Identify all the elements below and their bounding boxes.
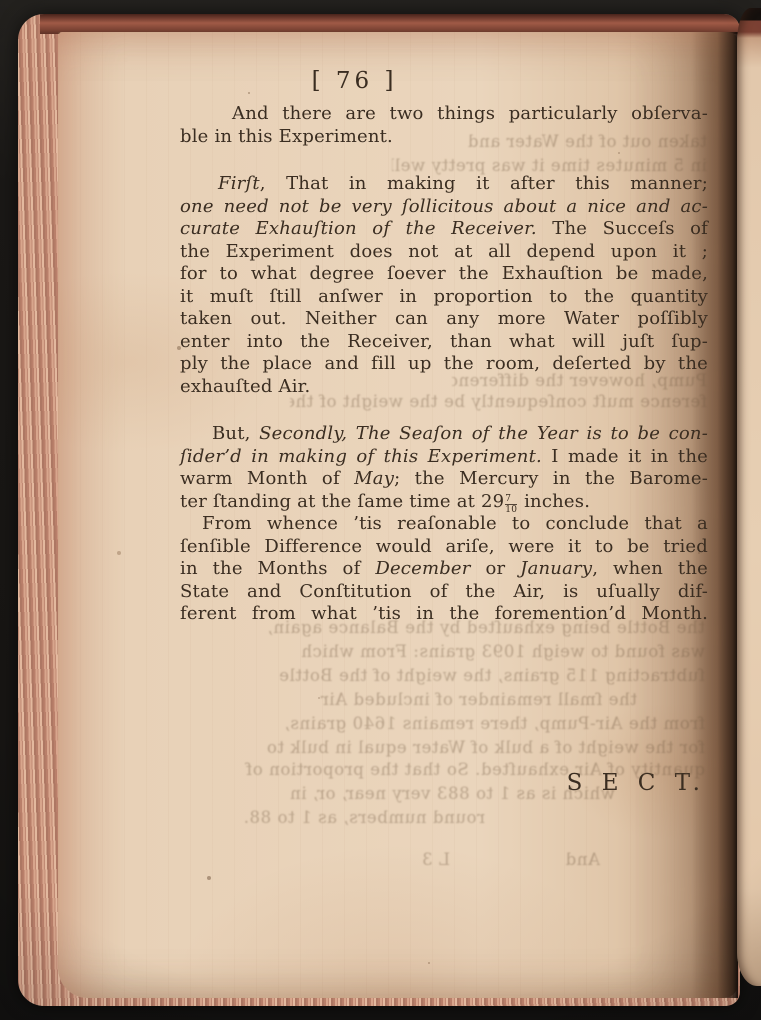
paragraph-line: ble in this Experiment. <box>180 125 708 148</box>
inline-fraction: 710 <box>505 495 517 514</box>
paragraph: From whence ’tis reaſonable to conclude … <box>180 513 708 626</box>
roman-text: in the Months of <box>180 558 375 579</box>
paragraph: But, Secondly, The Seaſon of the Year is… <box>180 423 708 514</box>
roman-text: I made it in the <box>542 446 708 467</box>
roman-text: exhauſted Air. <box>180 376 310 397</box>
italic-text: ſider’d in making of this Experiment. <box>180 446 542 467</box>
roman-text: ter ſtanding at the ſame time at 29 <box>180 491 504 512</box>
section-catchword: S E C T. <box>567 770 706 796</box>
roman-text: the Experiment does not at all depend up… <box>180 241 708 262</box>
roman-text: ble in this Experiment. <box>180 126 393 147</box>
roman-text: And there are two things particularly ob… <box>232 103 708 124</box>
roman-text: , when the <box>592 558 708 579</box>
paragraph-line: it muſt ſtill anſwer in proportion to th… <box>180 286 708 309</box>
paragraph-line: for to what degree ſoever the Exhauſtion… <box>180 263 708 286</box>
italic-text: December <box>375 558 470 579</box>
italic-text: January <box>520 558 592 579</box>
roman-text: But, <box>212 423 259 444</box>
printed-text-layer: [ 76 ] S E C T. And there are two things… <box>0 0 761 1020</box>
italic-text: Firſt <box>218 173 260 194</box>
italic-text: May <box>354 468 394 489</box>
paragraph-line: From whence ’tis reaſonable to conclude … <box>180 513 708 536</box>
paragraph-line: ſenſible Difference would ariſe, were it… <box>180 536 708 559</box>
roman-text: , That in making it after this manner; <box>260 173 708 194</box>
roman-text: State and Conſtitution of the Air, is uſ… <box>180 581 708 602</box>
paragraph-line: warm Month of May; the Mercury in the Ba… <box>180 468 708 491</box>
roman-text: ſenſible Difference would ariſe, were it… <box>180 536 708 557</box>
paragraph: And there are two things particularly ob… <box>180 102 708 148</box>
roman-text: ply the place and fill up the room, deſe… <box>180 353 708 374</box>
paragraph-line: one need not be very ſollicitous about a… <box>180 196 708 219</box>
roman-text: From whence ’tis reaſonable to conclude … <box>202 513 708 534</box>
roman-text: The Succeſs of <box>537 218 708 239</box>
book-scan: [ 76 ] S E C T. And there are two things… <box>0 0 761 1020</box>
paragraph-line: But, Secondly, The Seaſon of the Year is… <box>180 423 708 446</box>
paragraph-line: State and Conſtitution of the Air, is uſ… <box>180 581 708 604</box>
text-block: S E C T. And there are two things partic… <box>180 0 708 1020</box>
roman-text: it muſt ſtill anſwer in proportion to th… <box>180 286 708 307</box>
italic-text: one need not be very ſollicitous about a… <box>180 196 708 217</box>
paragraph-line: Firſt, That in making it after this mann… <box>180 173 708 196</box>
paragraph-line: enter into the Receiver, than what will … <box>180 331 708 354</box>
roman-text: warm Month of <box>180 468 354 489</box>
paragraph-line: the Experiment does not at all depend up… <box>180 241 708 264</box>
roman-text: enter into the Receiver, than what will … <box>180 331 708 352</box>
italic-text: Secondly, The Seaſon of the Year is to b… <box>259 423 708 444</box>
roman-text: ; the Mercury in the Barome- <box>394 468 708 489</box>
italic-text: curate Exhauſtion of the Receiver. <box>180 218 537 239</box>
roman-text: inches. <box>518 491 590 512</box>
roman-text: or <box>471 558 521 579</box>
paragraph-line: ter ſtanding at the ſame time at 29710 i… <box>180 491 708 515</box>
paragraph-line: curate Exhauſtion of the Receiver. The S… <box>180 218 708 241</box>
roman-text: for to what degree ſoever the Exhauſtion… <box>180 263 708 284</box>
paragraph-line: ply the place and fill up the room, deſe… <box>180 353 708 376</box>
paragraph-line: ferent from what ’tis in the foremention… <box>180 603 708 626</box>
paragraph: Firſt, That in making it after this mann… <box>180 173 708 398</box>
paragraph-line: taken out. Neither can any more Water po… <box>180 308 708 331</box>
paragraph-line: ſider’d in making of this Experiment. I … <box>180 446 708 469</box>
paragraph-line: in the Months of December or January, wh… <box>180 558 708 581</box>
paragraph-line: And there are two things particularly ob… <box>180 102 708 125</box>
paragraph-line: exhauſted Air. <box>180 376 708 399</box>
roman-text: ferent from what ’tis in the foremention… <box>180 603 708 624</box>
roman-text: taken out. Neither can any more Water po… <box>180 308 708 329</box>
